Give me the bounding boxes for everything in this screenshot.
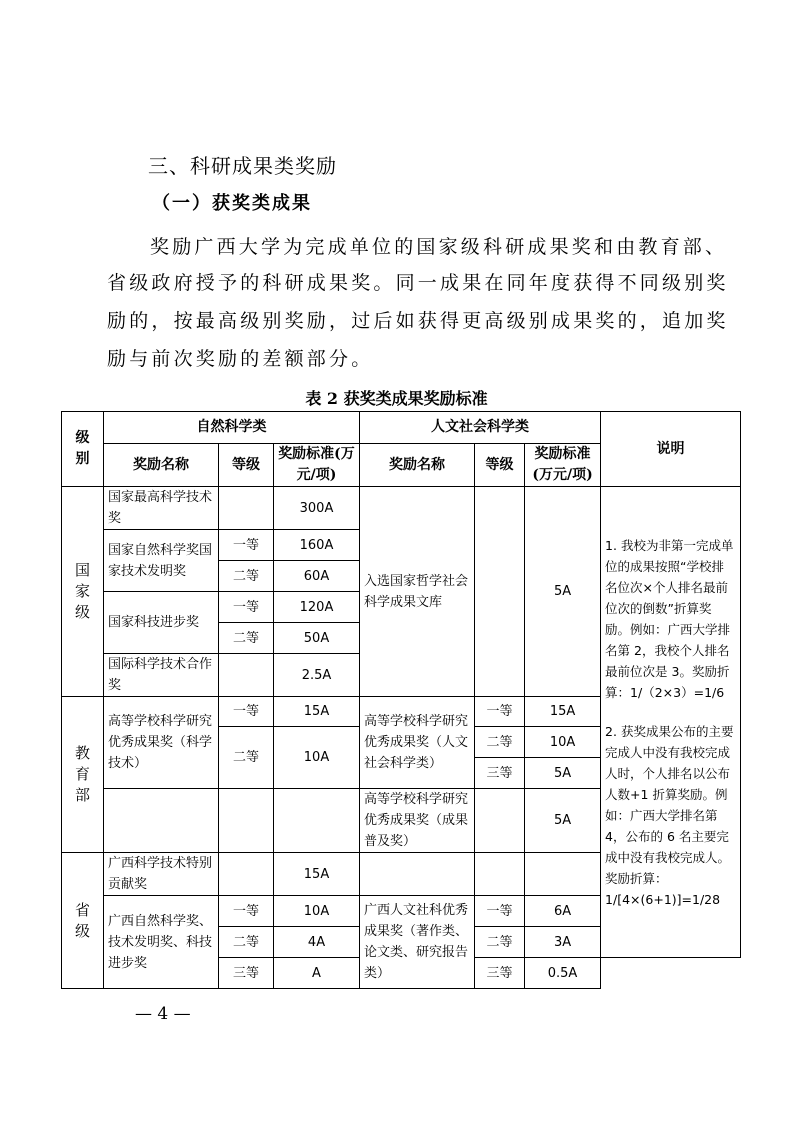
table-cell bbox=[104, 789, 219, 853]
header-award-name: 奖励名称 bbox=[360, 444, 475, 487]
table-cell: 50A bbox=[274, 623, 360, 654]
table-cell: 二等 bbox=[475, 727, 525, 758]
table-cell bbox=[219, 853, 274, 896]
table-cell: 5A bbox=[525, 789, 601, 853]
table-cell: 高等学校科学研究优秀成果奖（科学技术） bbox=[104, 697, 219, 789]
header-standard: 奖励标准(万元/项) bbox=[525, 444, 601, 487]
table-cell: 二等 bbox=[219, 623, 274, 654]
table-cell: 三等 bbox=[219, 958, 274, 989]
table-cell bbox=[475, 789, 525, 853]
table-cell: 一等 bbox=[475, 697, 525, 727]
table-cell: 入选国家哲学社会科学成果文库 bbox=[360, 487, 475, 697]
table-cell: 国家自然科学奖国家技术发明奖 bbox=[104, 530, 219, 592]
table-cell: 三等 bbox=[475, 758, 525, 789]
table-cell: 国家最高科学技术奖 bbox=[104, 487, 219, 530]
table-cell: 15A bbox=[274, 853, 360, 896]
table-cell: 高等学校科学研究优秀成果奖（成果普及奖） bbox=[360, 789, 475, 853]
paragraph-line: 励的，按最高级别奖励，过后如获得更高级别成果奖的，追加奖 bbox=[107, 306, 729, 333]
subsection-heading: （一）获奖类成果 bbox=[152, 189, 312, 215]
table-cell: 60A bbox=[274, 561, 360, 592]
table-cell: 10A bbox=[525, 727, 601, 758]
table-cell: 国际科学技术合作奖 bbox=[104, 654, 219, 697]
section-heading: 三、科研成果类奖励 bbox=[148, 150, 337, 179]
header-natural-science: 自然科学类 bbox=[104, 412, 360, 444]
table-cell: 二等 bbox=[219, 727, 274, 789]
level-ministry: 教育部 bbox=[62, 697, 104, 853]
paragraph-line: 励与前次奖励的差额部分。 bbox=[107, 344, 373, 371]
table-cell bbox=[475, 853, 525, 896]
table-cell: 6A bbox=[525, 896, 601, 927]
header-grade: 等级 bbox=[219, 444, 274, 487]
level-provincial: 省级 bbox=[62, 853, 104, 989]
table-cell: 三等 bbox=[475, 958, 525, 989]
table-cell: 5A bbox=[525, 758, 601, 789]
table-cell: 一等 bbox=[475, 896, 525, 927]
table-cell: 0.5A bbox=[525, 958, 601, 989]
table-cell: 15A bbox=[525, 697, 601, 727]
table-cell bbox=[360, 853, 475, 896]
page-number: — 4 — bbox=[135, 1004, 191, 1024]
table-cell bbox=[219, 487, 274, 530]
award-standards-table: 级别 自然科学类 人文社会科学类 说明 奖励名称 等级 奖励标准(万元/项) 奖… bbox=[61, 411, 741, 989]
table-cell: 二等 bbox=[219, 927, 274, 958]
header-award-name: 奖励名称 bbox=[104, 444, 219, 487]
paragraph-line: 省级政府授予的科研成果奖。同一成果在同年度获得不同级别奖 bbox=[107, 268, 729, 295]
table-cell bbox=[219, 789, 274, 853]
table-cell: 160A bbox=[274, 530, 360, 561]
table-cell: 广西自然科学奖、技术发明奖、科技进步奖 bbox=[104, 896, 219, 989]
table-cell: 高等学校科学研究优秀成果奖（人文社会科学类） bbox=[360, 697, 475, 789]
table-cell: 15A bbox=[274, 697, 360, 727]
table-cell: 3A bbox=[525, 927, 601, 958]
table-cell bbox=[274, 789, 360, 853]
header-note: 说明 bbox=[601, 412, 741, 487]
table-cell: 10A bbox=[274, 727, 360, 789]
header-level: 级别 bbox=[62, 412, 104, 487]
note-2: 2. 获奖成果公布的主要完成人中没有我校完成人时，个人排名以公布人数+1 折算奖… bbox=[605, 721, 736, 910]
header-social-science: 人文社会科学类 bbox=[360, 412, 601, 444]
table-cell: 5A bbox=[525, 487, 601, 697]
table-cell: 4A bbox=[274, 927, 360, 958]
table-cell bbox=[475, 487, 525, 697]
table-cell: 2.5A bbox=[274, 654, 360, 697]
table-cell: 二等 bbox=[475, 927, 525, 958]
level-national: 国家级 bbox=[62, 487, 104, 697]
table-cell: 120A bbox=[274, 592, 360, 623]
table-cell: 一等 bbox=[219, 530, 274, 561]
note-1: 1. 我校为非第一完成单位的成果按照“学校排名位次×个人排名最前位次的倒数”折算… bbox=[605, 535, 736, 703]
table-cell: A bbox=[274, 958, 360, 989]
note-cell: 1. 我校为非第一完成单位的成果按照“学校排名位次×个人排名最前位次的倒数”折算… bbox=[601, 487, 741, 958]
table-cell: 10A bbox=[274, 896, 360, 927]
header-grade: 等级 bbox=[475, 444, 525, 487]
table-cell: 国家科技进步奖 bbox=[104, 592, 219, 654]
paragraph-line: 奖励广西大学为完成单位的国家级科研成果奖和由教育部、 bbox=[150, 232, 727, 259]
table-cell: 一等 bbox=[219, 896, 274, 927]
table-cell: 300A bbox=[274, 487, 360, 530]
table-cell bbox=[219, 654, 274, 697]
table-caption: 表 2 获奖类成果奖励标准 bbox=[0, 386, 793, 409]
table-cell: 一等 bbox=[219, 697, 274, 727]
table-cell: 广西科学技术特别贡献奖 bbox=[104, 853, 219, 896]
table-cell: 广西人文社科优秀成果奖（著作类、论文类、研究报告类） bbox=[360, 896, 475, 989]
header-standard: 奖励标准(万元/项) bbox=[274, 444, 360, 487]
table-cell: 二等 bbox=[219, 561, 274, 592]
table-cell bbox=[525, 853, 601, 896]
table-cell: 一等 bbox=[219, 592, 274, 623]
